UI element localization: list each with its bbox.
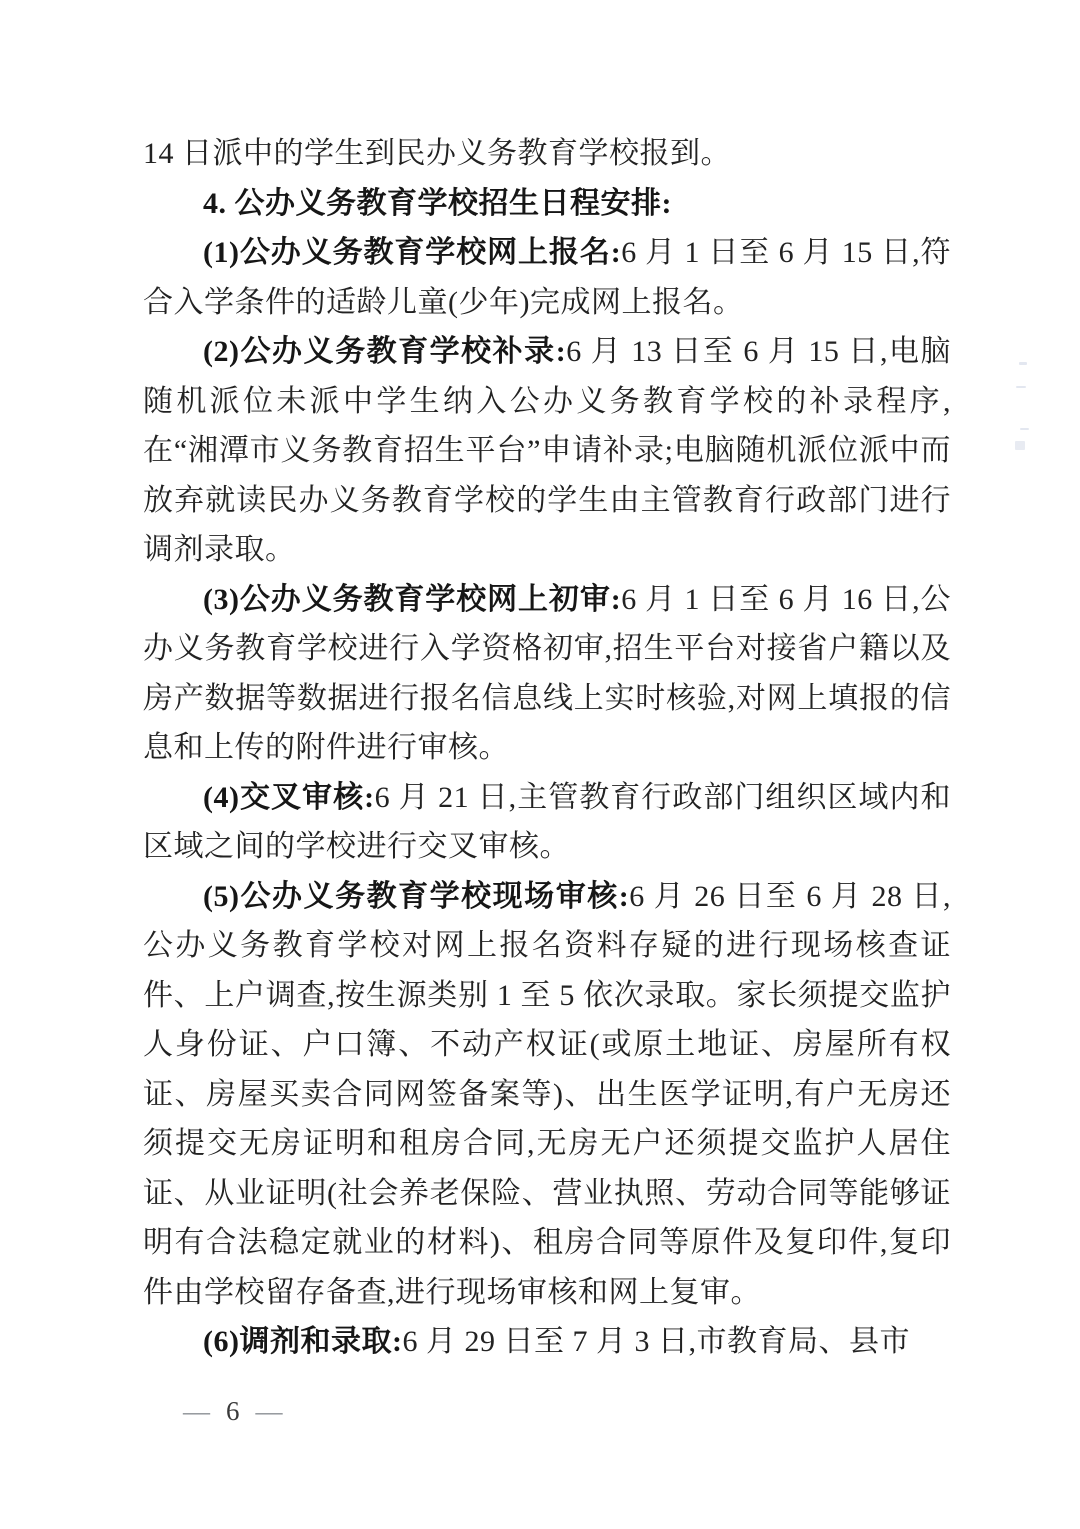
paragraph-lead: (6)调剂和录取: xyxy=(203,1325,402,1358)
paragraph-lead: (5)公办义务教育学校现场审核: xyxy=(203,880,629,913)
paragraph-item-1: (1)公办义务教育学校网上报名:6 月 1 日至 6 月 15 日,符合入学条件… xyxy=(143,228,951,327)
scan-noise-mark xyxy=(1019,362,1027,365)
paragraph-item-5: (5)公办义务教育学校现场审核:6 月 26 日至 6 月 28 日,公办义务教… xyxy=(143,872,951,1318)
paragraph-text: 14 日派中的学生到民办义务教育学校报到。 xyxy=(143,137,731,170)
paragraph-item-4: (4)交叉审核:6 月 21 日,主管教育行政部门组织区域内和区域之间的学校进行… xyxy=(143,773,951,872)
paragraph-item-3: (3)公办义务教育学校网上初审:6 月 1 日至 6 月 16 日,公办义务教育… xyxy=(143,575,951,773)
scan-noise-mark xyxy=(1015,441,1025,450)
paragraph-lead: (1)公办义务教育学校网上报名: xyxy=(203,236,621,269)
document-page: 14 日派中的学生到民办义务教育学校报到。 4. 公办义务教育学校招生日程安排:… xyxy=(0,0,1080,1529)
paragraph-text: 6 月 29 日至 7 月 3 日,市教育局、县市 xyxy=(402,1325,910,1358)
scan-noise-mark xyxy=(1016,386,1026,388)
footer-dash-right: — xyxy=(256,1396,283,1426)
paragraph-item-2: (2)公办义务教育学校补录:6 月 13 日至 6 月 15 日,电脑随机派位未… xyxy=(143,327,951,575)
paragraph-lead: (3)公办义务教育学校网上初审: xyxy=(203,583,621,616)
paragraph-lead: (2)公办义务教育学校补录: xyxy=(203,335,566,368)
scan-noise-mark xyxy=(1020,428,1029,430)
section-heading-text: 4. 公办义务教育学校招生日程安排: xyxy=(203,187,672,220)
paragraph-continuation: 14 日派中的学生到民办义务教育学校报到。 xyxy=(143,129,951,179)
section-heading: 4. 公办义务教育学校招生日程安排: xyxy=(143,179,951,229)
document-body: 14 日派中的学生到民办义务教育学校报到。 4. 公办义务教育学校招生日程安排:… xyxy=(143,129,951,1367)
paragraph-text: 6 月 26 日至 6 月 28 日,公办义务教育学校对网上报名资料存疑的进行现… xyxy=(143,880,951,1309)
footer-dash-left: — xyxy=(183,1396,210,1426)
page-number: 6 xyxy=(226,1396,240,1426)
paragraph-lead: (4)交叉审核: xyxy=(203,781,375,814)
paragraph-text: 6 月 13 日至 6 月 15 日,电脑随机派位未派中学生纳入公办义务教育学校… xyxy=(143,335,951,566)
page-number-footer: —6— xyxy=(183,1396,283,1427)
paragraph-item-6: (6)调剂和录取:6 月 29 日至 7 月 3 日,市教育局、县市 xyxy=(143,1317,951,1367)
